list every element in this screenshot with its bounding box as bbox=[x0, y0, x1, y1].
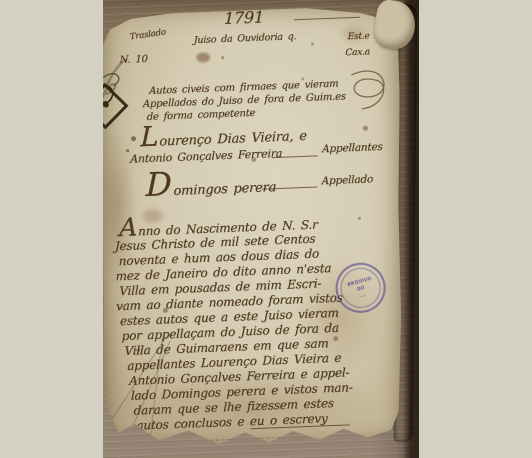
manuscript-page: 1791 Juiso da Ouvidoria q. Traslado N. 1… bbox=[103, 6, 403, 451]
handwriting-layer: 1791 Juiso da Ouvidoria q. Traslado N. 1… bbox=[103, 2, 404, 456]
stamp-text: ... bbox=[359, 292, 366, 297]
court-line: Juiso da Ouvidoria q. bbox=[194, 31, 297, 46]
manuscript-photo: 1791 Juiso da Ouvidoria q. Traslado N. 1… bbox=[103, 0, 419, 458]
appellee-name: Domingos perera bbox=[146, 171, 277, 200]
appellants-label: Appellantes bbox=[322, 141, 383, 155]
year-underline bbox=[294, 17, 360, 21]
box-note: Cax.a bbox=[345, 47, 370, 58]
margin-note-traslado: Traslado bbox=[129, 27, 166, 42]
margin-number: N. 10 bbox=[119, 54, 147, 66]
stamp-text: DO bbox=[356, 285, 365, 291]
archival-photo-viewer: 1791 Juiso da Ouvidoria q. Traslado N. 1… bbox=[0, 0, 532, 458]
shelf-note: Est.e bbox=[347, 31, 369, 42]
appellee-label: Appellado bbox=[321, 173, 373, 187]
title-line-3: de forma competente bbox=[147, 108, 256, 123]
